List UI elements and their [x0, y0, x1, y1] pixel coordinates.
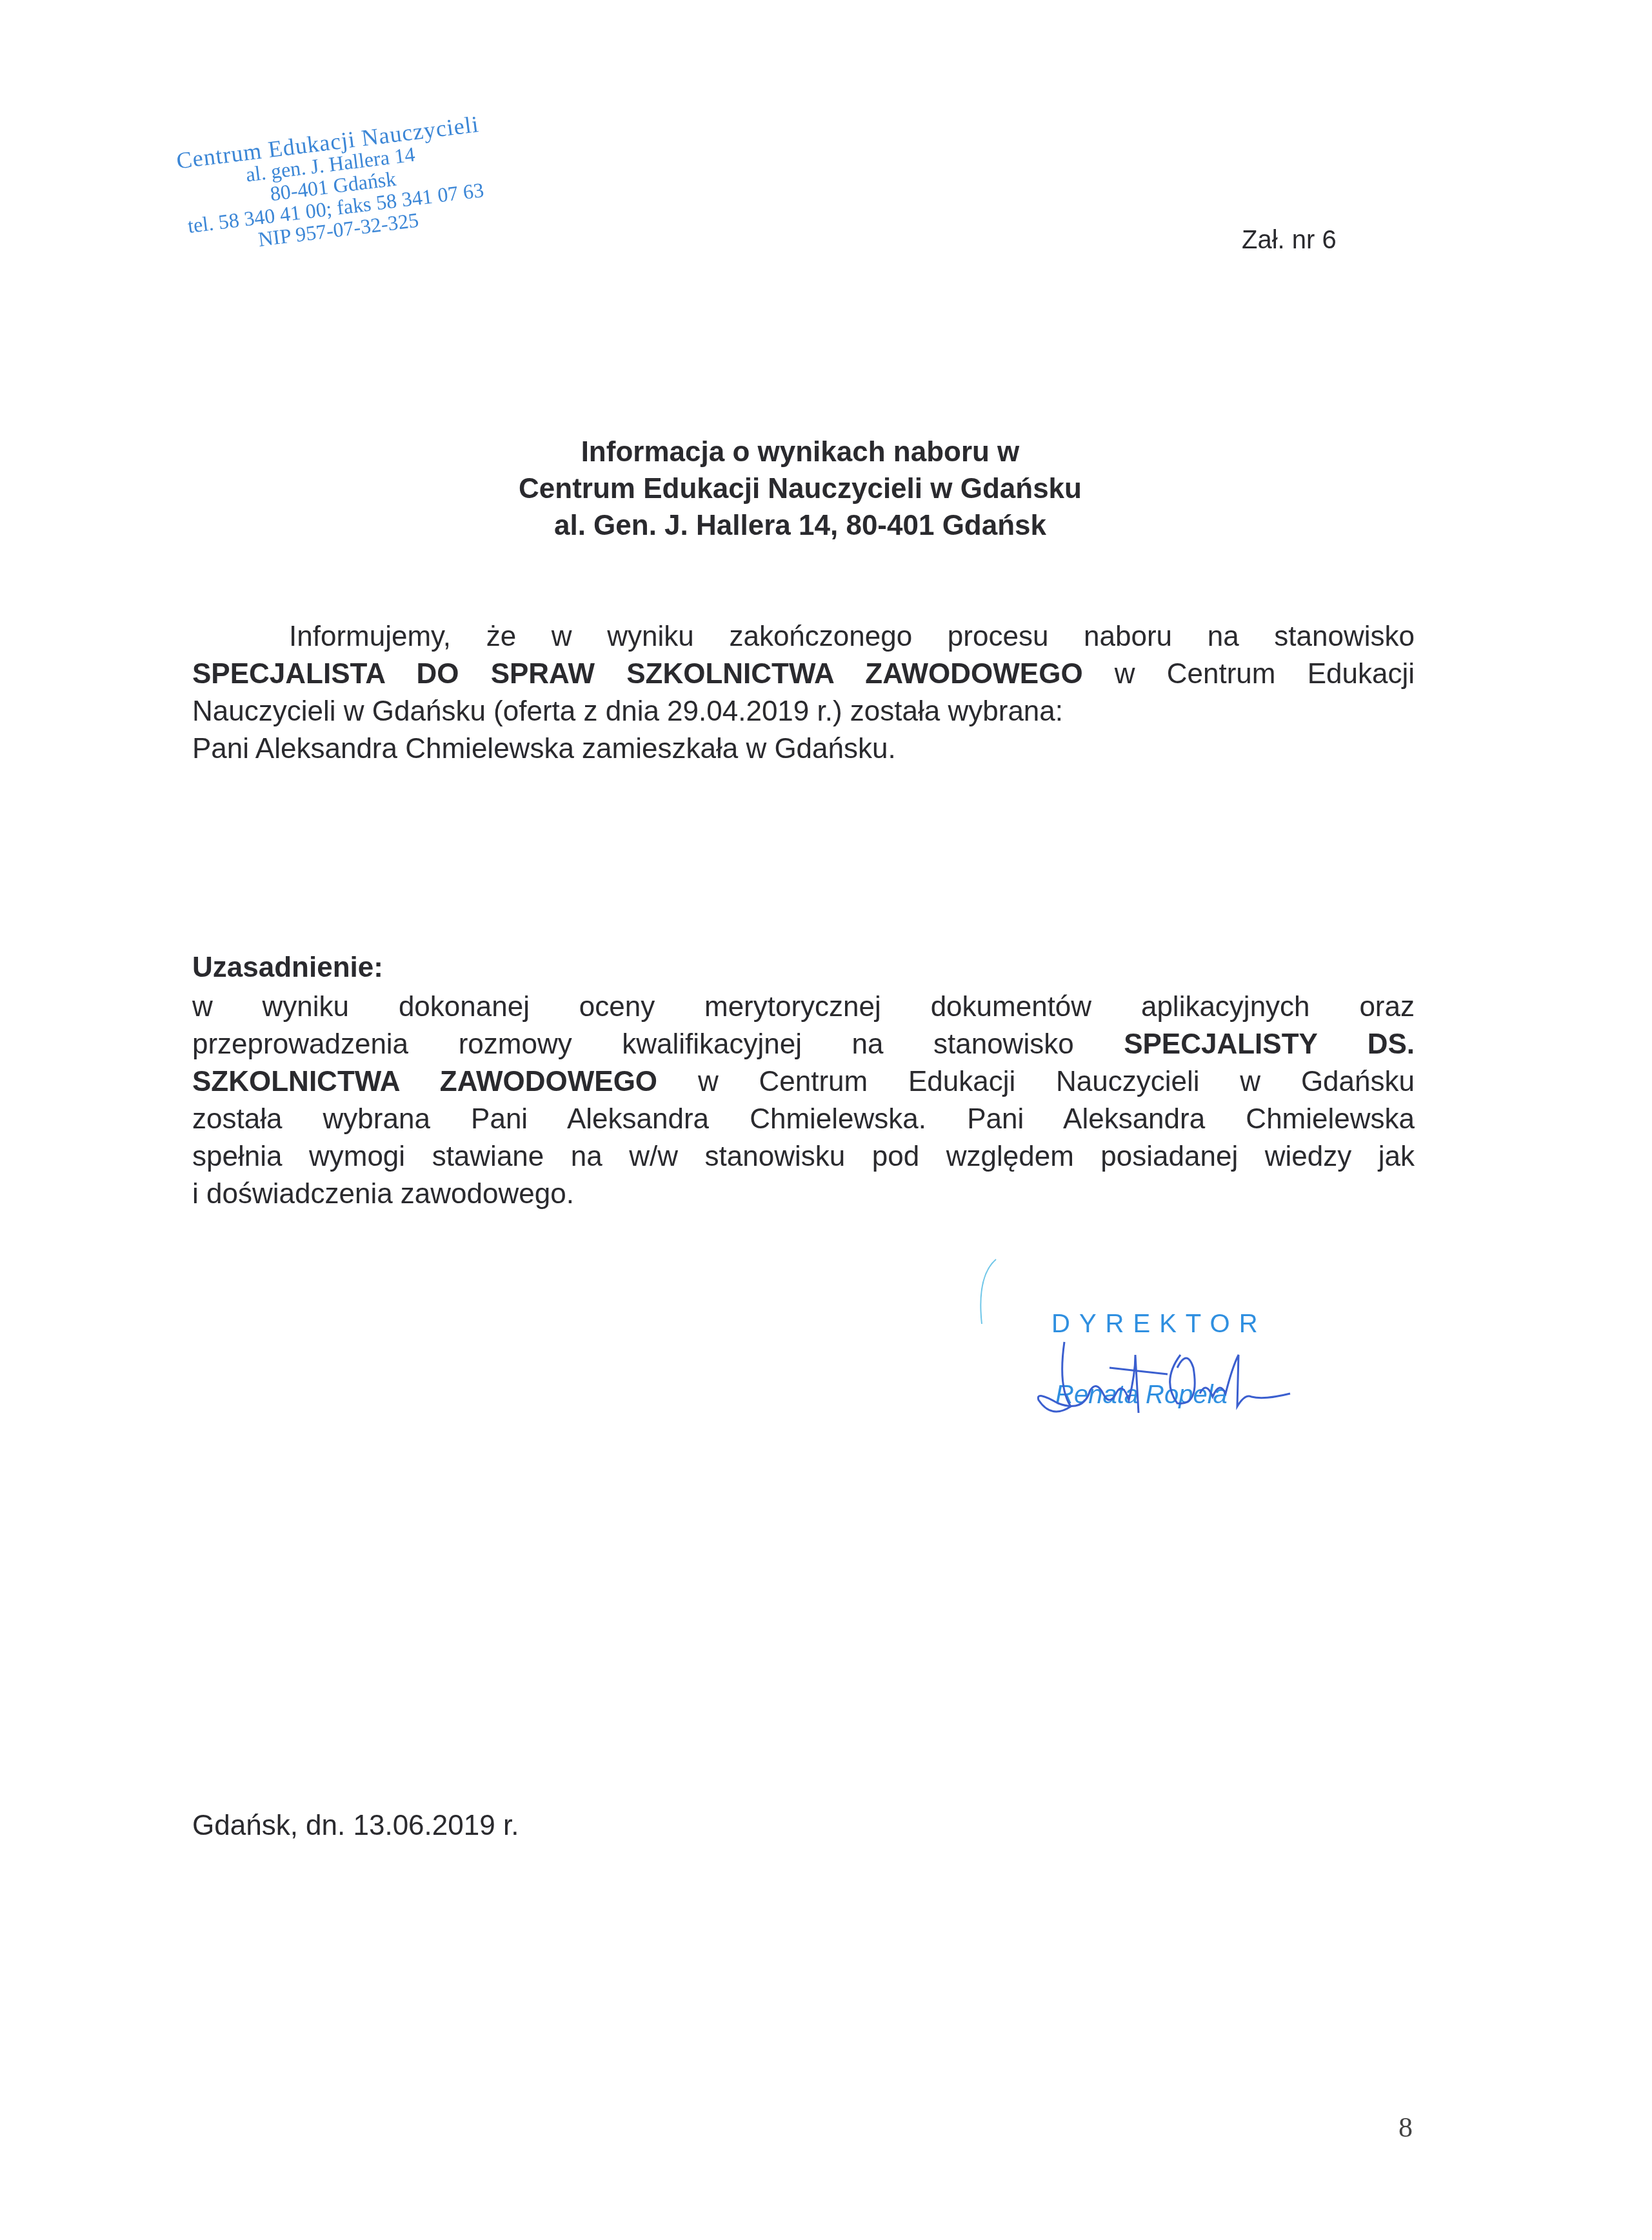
- handwritten-signature-icon: [1032, 1329, 1303, 1432]
- institution-stamp: Centrum Edukacji Nauczycieli al. gen. J.…: [147, 110, 519, 263]
- announcement-line-1: Informujemy, że w wyniku zakończonego pr…: [192, 618, 1415, 655]
- announcement-line-4: Pani Aleksandra Chmielewska zamieszkała …: [192, 730, 1415, 768]
- justification-line-4: została wybrana Pani Aleksandra Chmielew…: [192, 1101, 1415, 1138]
- title-line-3: al. Gen. J. Hallera 14, 80-401 Gdańsk: [0, 507, 1626, 544]
- director-signature-stamp: DYREKTOR Renata Ropela: [1045, 1310, 1303, 1419]
- announcement-paragraph: Informujemy, że w wyniku zakończonego pr…: [192, 618, 1415, 768]
- title-line-1: Informacja o wynikach naboru w: [0, 434, 1626, 470]
- page-number: 8: [1398, 2111, 1413, 2144]
- justification-line-2: przeprowadzenia rozmowy kwalifikacyjnej …: [192, 1026, 1415, 1063]
- announcement-line-3: Nauczycieli w Gdańsku (oferta z dnia 29.…: [192, 693, 1415, 730]
- title-line-2: Centrum Edukacji Nauczycieli w Gdańsku: [0, 470, 1626, 507]
- justification-paragraph: w wyniku dokonanej oceny merytorycznej d…: [192, 988, 1415, 1213]
- attachment-label: Zał. nr 6: [1242, 226, 1337, 255]
- justification-line-1: w wyniku dokonanej oceny merytorycznej d…: [192, 988, 1415, 1026]
- position-name: SPECJALISTA DO SPRAW SZKOLNICTWA ZAWODOW…: [192, 658, 1083, 690]
- pen-mark-icon: [973, 1257, 999, 1328]
- justification-title: Uzasadnienie:: [192, 952, 383, 984]
- document-title: Informacja o wynikach naboru w Centrum E…: [0, 434, 1652, 544]
- justification-line-5: spełnia wymogi stawiane na w/w stanowisk…: [192, 1138, 1415, 1175]
- announcement-line-2: SPECJALISTA DO SPRAW SZKOLNICTWA ZAWODOW…: [192, 655, 1415, 693]
- justification-line-6: i doświadczenia zawodowego.: [192, 1175, 1415, 1213]
- justification-line-3: SZKOLNICTWA ZAWODOWEGO w Centrum Edukacj…: [192, 1063, 1415, 1101]
- date-line: Gdańsk, dn. 13.06.2019 r.: [192, 1810, 519, 1842]
